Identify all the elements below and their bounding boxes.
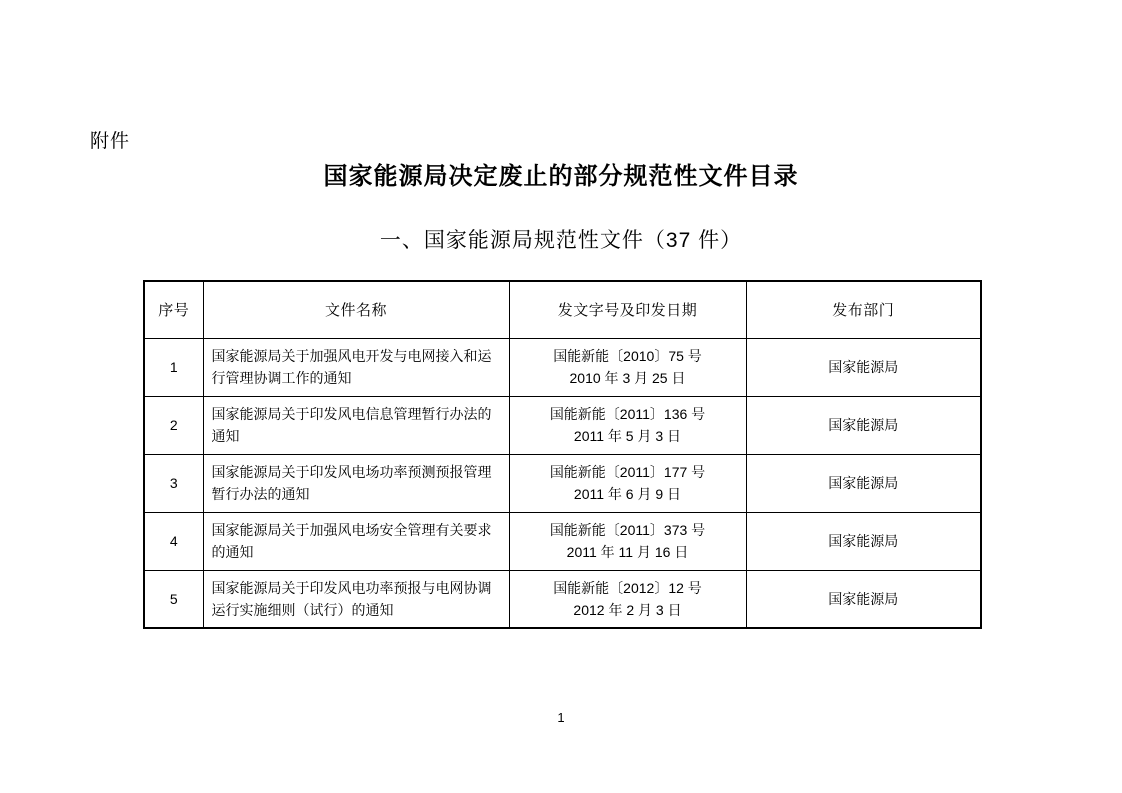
cell-department: 国家能源局 bbox=[746, 396, 981, 454]
cell-docno-date: 国能新能〔2011〕177 号 2011 年 6 月 9 日 bbox=[509, 454, 746, 512]
table-row: 5 国家能源局关于印发风电功率预报与电网协调运行实施细则（试行）的通知 国能新能… bbox=[144, 570, 981, 628]
page-number: 1 bbox=[0, 710, 1122, 725]
cell-docno-date: 国能新能〔2010〕75 号 2010 年 3 月 25 日 bbox=[509, 338, 746, 396]
cell-serial: 3 bbox=[144, 454, 203, 512]
cell-serial: 1 bbox=[144, 338, 203, 396]
cell-docno-date: 国能新能〔2011〕373 号 2011 年 11 月 16 日 bbox=[509, 512, 746, 570]
document-title: 国家能源局决定废止的部分规范性文件目录 bbox=[0, 156, 1122, 191]
doc-number: 国能新能〔2010〕75 号 bbox=[510, 345, 746, 367]
doc-number: 国能新能〔2011〕136 号 bbox=[510, 403, 746, 425]
cell-serial: 5 bbox=[144, 570, 203, 628]
cell-docno-date: 国能新能〔2011〕136 号 2011 年 5 月 3 日 bbox=[509, 396, 746, 454]
attachment-label: 附件 bbox=[90, 126, 130, 153]
table-header-row: 序号 文件名称 发文字号及印发日期 发布部门 bbox=[144, 281, 981, 338]
cell-department: 国家能源局 bbox=[746, 338, 981, 396]
cell-file-name: 国家能源局关于印发风电信息管理暂行办法的通知 bbox=[203, 396, 509, 454]
cell-file-name: 国家能源局关于印发风电功率预报与电网协调运行实施细则（试行）的通知 bbox=[203, 570, 509, 628]
doc-number: 国能新能〔2011〕373 号 bbox=[510, 519, 746, 541]
cell-file-name: 国家能源局关于加强风电开发与电网接入和运行管理协调工作的通知 bbox=[203, 338, 509, 396]
cell-file-name: 国家能源局关于印发风电场功率预测预报管理暂行办法的通知 bbox=[203, 454, 509, 512]
issue-date: 2010 年 3 月 25 日 bbox=[510, 367, 746, 389]
issue-date: 2011 年 6 月 9 日 bbox=[510, 483, 746, 505]
cell-department: 国家能源局 bbox=[746, 570, 981, 628]
header-department: 发布部门 bbox=[746, 281, 981, 338]
cell-serial: 2 bbox=[144, 396, 203, 454]
table-row: 3 国家能源局关于印发风电场功率预测预报管理暂行办法的通知 国能新能〔2011〕… bbox=[144, 454, 981, 512]
issue-date: 2011 年 5 月 3 日 bbox=[510, 425, 746, 447]
cell-department: 国家能源局 bbox=[746, 454, 981, 512]
doc-number: 国能新能〔2012〕12 号 bbox=[510, 577, 746, 599]
cell-file-name: 国家能源局关于加强风电场安全管理有关要求的通知 bbox=[203, 512, 509, 570]
table-row: 4 国家能源局关于加强风电场安全管理有关要求的通知 国能新能〔2011〕373 … bbox=[144, 512, 981, 570]
table-row: 2 国家能源局关于印发风电信息管理暂行办法的通知 国能新能〔2011〕136 号… bbox=[144, 396, 981, 454]
section-title: 一、国家能源局规范性文件（37 件） bbox=[0, 224, 1122, 254]
header-docno-date: 发文字号及印发日期 bbox=[509, 281, 746, 338]
table-row: 1 国家能源局关于加强风电开发与电网接入和运行管理协调工作的通知 国能新能〔20… bbox=[144, 338, 981, 396]
header-serial: 序号 bbox=[144, 281, 203, 338]
issue-date: 2012 年 2 月 3 日 bbox=[510, 599, 746, 621]
header-file-name: 文件名称 bbox=[203, 281, 509, 338]
documents-table: 序号 文件名称 发文字号及印发日期 发布部门 1 国家能源局关于加强风电开发与电… bbox=[143, 280, 982, 629]
cell-serial: 4 bbox=[144, 512, 203, 570]
cell-department: 国家能源局 bbox=[746, 512, 981, 570]
issue-date: 2011 年 11 月 16 日 bbox=[510, 541, 746, 563]
doc-number: 国能新能〔2011〕177 号 bbox=[510, 461, 746, 483]
cell-docno-date: 国能新能〔2012〕12 号 2012 年 2 月 3 日 bbox=[509, 570, 746, 628]
document-page: 附件 国家能源局决定废止的部分规范性文件目录 一、国家能源局规范性文件（37 件… bbox=[0, 0, 1122, 793]
